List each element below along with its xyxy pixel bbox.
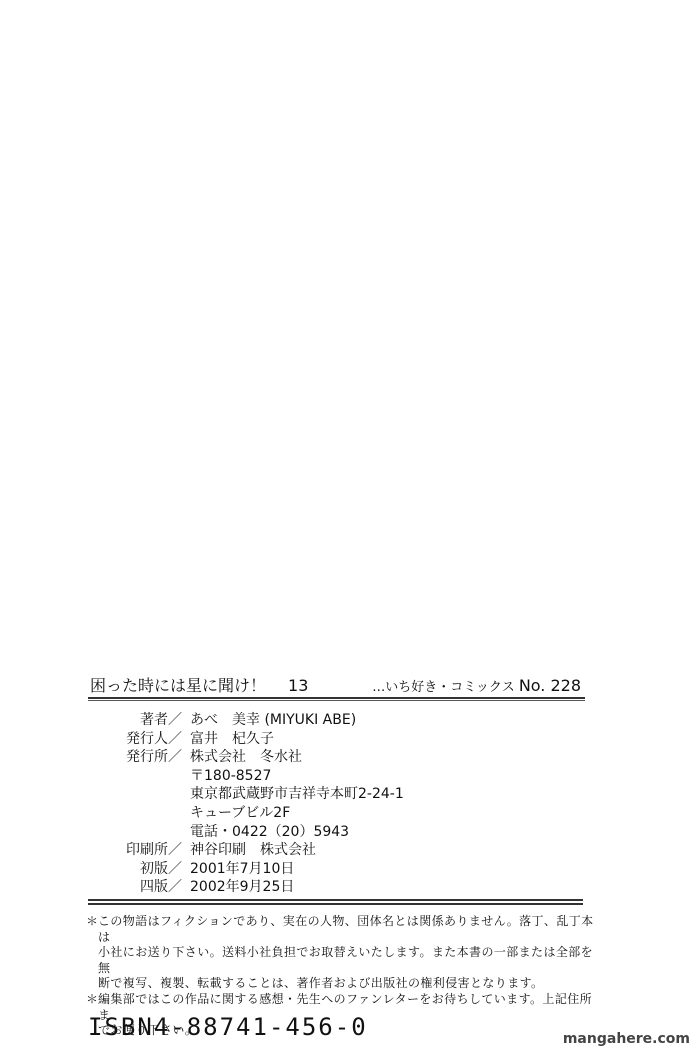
notes-divider <box>88 899 583 905</box>
note-text: この物語はフィクションであり、実在の人物、団体名とは関係ありません。落丁、乱丁本… <box>98 914 602 992</box>
row-label <box>90 767 190 786</box>
row-label <box>90 823 190 842</box>
colophon-row-publishing-house: 発行所／ 株式会社 冬水社 <box>90 748 510 767</box>
row-value: 東京都武蔵野市吉祥寺本町2-24-1 <box>190 785 404 804</box>
row-value: 富井 杞久子 <box>190 730 274 749</box>
row-label <box>90 804 190 823</box>
row-value: 〒180-8527 <box>190 767 271 786</box>
series-name: …いち好き・コミックス <box>372 680 515 695</box>
row-value: あべ 美幸 (MIYUKI ABE) <box>190 711 356 730</box>
colophon-row-address: 東京都武蔵野市吉祥寺本町2-24-1 <box>90 785 510 804</box>
header-divider <box>88 697 585 701</box>
book-header: 困った時には星に聞け！13 …いち好き・コミックスNo. 228 <box>88 675 585 697</box>
row-value: 電話・0422（20）5943 <box>190 823 349 842</box>
row-label <box>90 785 190 804</box>
asterisk-icon: ＊ <box>86 914 98 992</box>
row-label: 著者／ <box>90 711 190 730</box>
row-value: 2001年7月10日 <box>190 860 294 879</box>
row-value: 2002年9月25日 <box>190 878 294 897</box>
row-label: 印刷所／ <box>90 841 190 860</box>
row-value: 神谷印刷 株式会社 <box>190 841 316 860</box>
series-block: …いち好き・コミックスNo. 228 <box>372 675 581 699</box>
colophon-row-postal-code: 〒180-8527 <box>90 767 510 786</box>
colophon-table: 著者／ あべ 美幸 (MIYUKI ABE) 発行人／ 富井 杞久子 発行所／ … <box>90 711 510 897</box>
book-title: 困った時には星に聞け！ <box>90 676 266 695</box>
colophon-row-phone: 電話・0422（20）5943 <box>90 823 510 842</box>
colophon-row-publisher: 発行人／ 富井 杞久子 <box>90 730 510 749</box>
book-title-block: 困った時には星に聞け！13 <box>90 675 308 697</box>
isbn-code: ISBN4-88741-456-0 <box>88 1013 368 1041</box>
colophon-row-printer: 印刷所／ 神谷印刷 株式会社 <box>90 841 510 860</box>
row-label: 発行所／ <box>90 748 190 767</box>
colophon-row-first-edition: 初版／ 2001年7月10日 <box>90 860 510 879</box>
colophon-page: 困った時には星に聞け！13 …いち好き・コミックスNo. 228 著者／ あべ … <box>0 0 700 1054</box>
note-fiction-disclaimer: ＊ この物語はフィクションであり、実在の人物、団体名とは関係ありません。落丁、乱… <box>86 914 602 992</box>
volume-number: 13 <box>288 676 308 695</box>
row-value: キューブビル2F <box>190 804 290 823</box>
row-label: 初版／ <box>90 860 190 879</box>
site-watermark: mangahere.com <box>563 1031 690 1047</box>
colophon-row-author: 著者／ あべ 美幸 (MIYUKI ABE) <box>90 711 510 730</box>
colophon-row-building: キューブビル2F <box>90 804 510 823</box>
row-label: 四版／ <box>90 878 190 897</box>
row-value: 株式会社 冬水社 <box>190 748 302 767</box>
row-label: 発行人／ <box>90 730 190 749</box>
series-number: No. 228 <box>519 676 581 695</box>
colophon-row-fourth-edition: 四版／ 2002年9月25日 <box>90 878 510 897</box>
